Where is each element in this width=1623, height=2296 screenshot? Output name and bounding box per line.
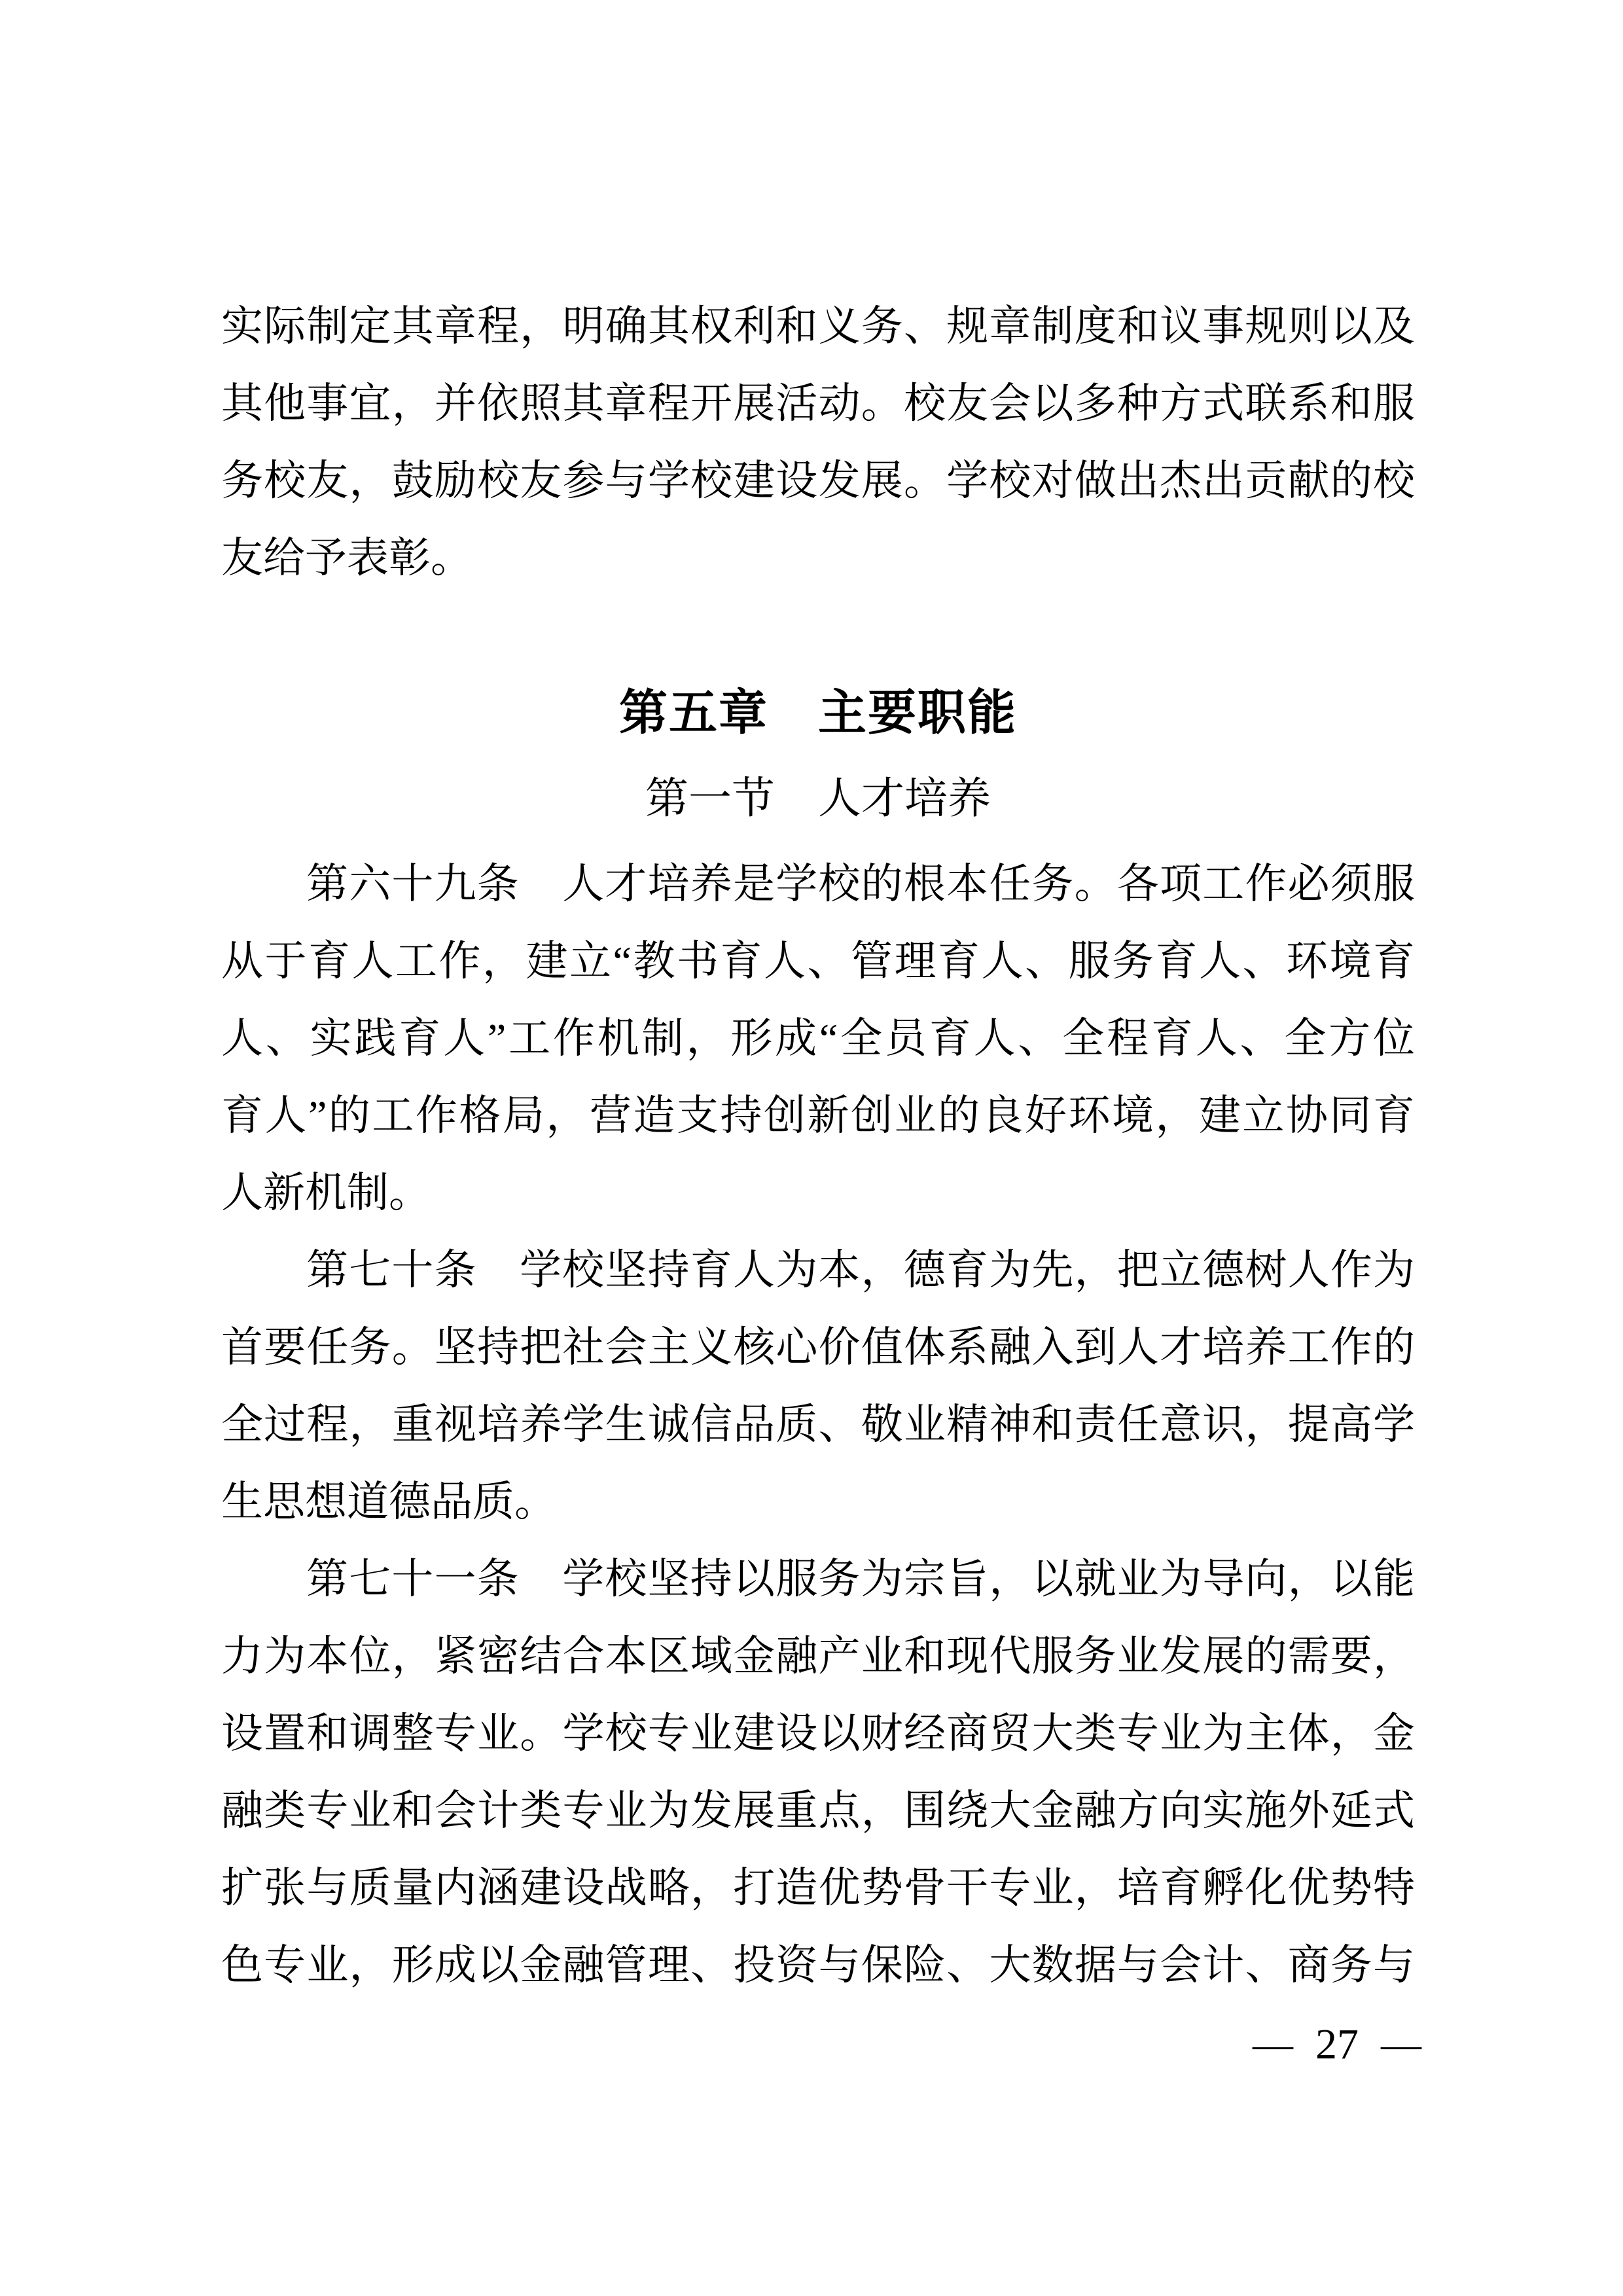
article-69-paragraph: 第六十九条 人才培养是学校的根本任务。各项工作必须服 从于育人工作，建立“教书育…: [221, 846, 1415, 1232]
text-line: 其他事宜，并依照其章程开展活动。校友会以多种方式联系和服: [221, 365, 1415, 442]
text-line: 生思想道德品质。: [221, 1463, 1415, 1541]
text-line: 人、实践育人”工作机制，形成“全员育人、全程育人、全方位: [221, 1000, 1415, 1077]
text-block: 实际制定其章程，明确其权利和义务、规章制度和议事规则以及 其他事宜，并依照其章程…: [221, 288, 1415, 2004]
page-number: — 27 —: [1253, 2024, 1421, 2065]
text-line: 首要任务。坚持把社会主义核心价值体系融入到人才培养工作的: [221, 1309, 1415, 1386]
text-line: 力为本位，紧密结合本区域金融产业和现代服务业发展的需要，: [221, 1618, 1415, 1695]
text-line: 融类专业和会计类专业为发展重点，围绕大金融方向实施外延式: [221, 1772, 1415, 1850]
text-line: 从于育人工作，建立“教书育人、管理育人、服务育人、环境育: [221, 923, 1415, 1000]
text-line: 扩张与质量内涵建设战略，打造优势骨干专业，培育孵化优势特: [221, 1850, 1415, 1927]
article-71-paragraph: 第七十一条 学校坚持以服务为宗旨，以就业为导向，以能 力为本位，紧密结合本区域金…: [221, 1541, 1415, 2004]
text-line: 务校友，鼓励校友参与学校建设发展。学校对做出杰出贡献的校: [221, 442, 1415, 520]
chapter-heading: 第五章 主要职能: [221, 674, 1415, 751]
text-line: 育人”的工作格局，营造支持创新创业的良好环境，建立协同育: [221, 1077, 1415, 1155]
text-line: 人新机制。: [221, 1155, 1415, 1232]
document-page: 实际制定其章程，明确其权利和义务、规章制度和议事规则以及 其他事宜，并依照其章程…: [0, 0, 1623, 2296]
text-line: 实际制定其章程，明确其权利和义务、规章制度和议事规则以及: [221, 288, 1415, 365]
text-line: 设置和调整专业。学校专业建设以财经商贸大类专业为主体，金: [221, 1695, 1415, 1772]
text-line: 第七十一条 学校坚持以服务为宗旨，以就业为导向，以能: [221, 1541, 1415, 1618]
text-line: 第七十条 学校坚持育人为本，德育为先，把立德树人作为: [221, 1232, 1415, 1309]
text-line: 色专业，形成以金融管理、投资与保险、大数据与会计、商务与: [221, 1927, 1415, 2004]
section-heading: 第一节 人才培养: [221, 761, 1415, 838]
page-number-dash-right: —: [1381, 2024, 1421, 2065]
text-line: 友给予表彰。: [221, 520, 1415, 597]
article-70-paragraph: 第七十条 学校坚持育人为本，德育为先，把立德树人作为 首要任务。坚持把社会主义核…: [221, 1232, 1415, 1541]
paragraph-continuation: 实际制定其章程，明确其权利和义务、规章制度和议事规则以及 其他事宜，并依照其章程…: [221, 288, 1415, 597]
page-number-dash-left: —: [1253, 2024, 1293, 2065]
text-line: 全过程，重视培养学生诚信品质、敬业精神和责任意识，提高学: [221, 1386, 1415, 1463]
page-number-value: 27: [1315, 2024, 1359, 2065]
text-line: 第六十九条 人才培养是学校的根本任务。各项工作必须服: [221, 846, 1415, 923]
